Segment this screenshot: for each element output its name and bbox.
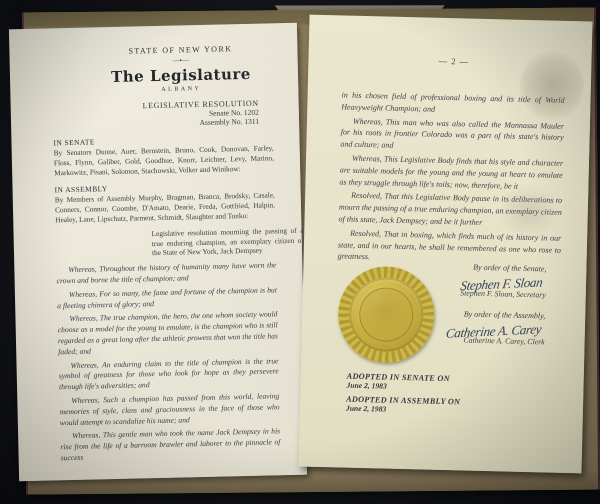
whereas-paragraph: Whereas, Throughout the history of human… [56, 260, 276, 287]
the-legislature-title: The Legislature [90, 64, 272, 86]
whereas-paragraph: Whereas, Such a champion has passed from… [59, 391, 280, 428]
by-order-of-assembly: By order of the Assembly, [446, 309, 546, 320]
whereas-paragraph: Whereas, This gentle man who took the na… [60, 427, 281, 464]
whereas-paragraph: Whereas, For so many, the fame and fortu… [57, 285, 277, 312]
gold-foil-seal [337, 265, 435, 363]
photo-of-legislative-resolution: STATE OF NEW YORK —•— The Legislature AL… [0, 0, 600, 504]
whereas-paragraph: Whereas, This man who was also called th… [340, 115, 564, 156]
continuation-paragraph: in his chosen field of professional boxi… [341, 89, 565, 118]
albany-subtitle: ALBANY [90, 84, 272, 94]
adoption-dates-block: ADOPTED IN SENATE ON June 2, 1983 ADOPTE… [346, 372, 461, 416]
by-order-of-senate: By order of the Senate, [447, 262, 547, 273]
page-number: — 2 — [342, 53, 565, 68]
whereas-paragraph: Whereas, An enduring claim to the title … [58, 356, 279, 393]
resolution-page-1: STATE OF NEW YORK —•— The Legislature AL… [9, 23, 307, 481]
resolved-paragraph: Resolved, That this Legislative Body pau… [338, 190, 562, 231]
gold-seal-inner-disc [348, 277, 424, 353]
resolution-number-block: LEGISLATIVE RESOLUTION Senate No. 1202 A… [53, 99, 260, 131]
signature-block: By order of the Senate, Stephen F. Sloan… [445, 262, 546, 346]
resolution-page-2: — 2 — in his chosen field of professiona… [299, 15, 593, 474]
resolution-caption: Legislative resolution mourning the pass… [151, 225, 304, 258]
gold-seal-embossed-emblem [359, 287, 414, 342]
senate-sponsors-list: By Senators Dunne, Auer, Bernstein, Brun… [54, 143, 275, 177]
whereas-paragraph: Whereas, This Legislative Body finds tha… [339, 152, 563, 193]
assembly-sponsors-list: By Members of Assembly Murphy, Bragman, … [55, 191, 276, 225]
whereas-paragraph: Whereas, The true champion, the hero, th… [57, 310, 278, 358]
letterhead: STATE OF NEW YORK —•— The Legislature AL… [89, 43, 272, 94]
